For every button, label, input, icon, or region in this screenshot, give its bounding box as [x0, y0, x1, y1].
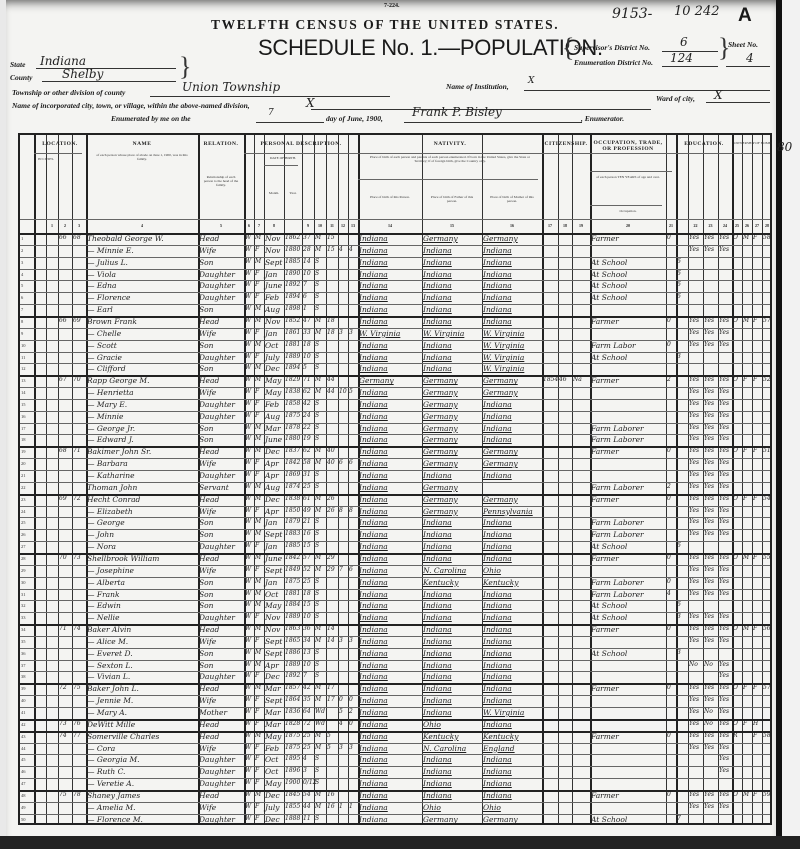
cell-relation: Daughter — [199, 779, 235, 788]
column-number: 4 — [86, 223, 198, 228]
cell-relation: Head — [199, 447, 219, 456]
cell-month: Aug — [265, 305, 280, 314]
cell-sex: M — [255, 376, 261, 383]
document-title: TWELFTH CENSUS OF THE UNITED STATES. — [211, 17, 559, 33]
cell-read: Yes — [689, 566, 699, 573]
cell-year: 1894 — [285, 364, 300, 371]
cell-month: Feb — [265, 293, 279, 302]
row-divider — [20, 671, 770, 672]
cell-marital: S — [315, 815, 319, 822]
cell-color: W — [245, 684, 251, 691]
cell-occupation: Farmer — [591, 447, 619, 456]
cell-year: 1852 — [285, 317, 300, 324]
cell-father: Indiana — [423, 649, 452, 658]
line-number: 35 — [21, 639, 26, 644]
cell-name: — Jennie M. — [87, 696, 133, 705]
cell-year: 1828 — [285, 720, 300, 727]
cell-relation: Head — [199, 317, 219, 326]
cell-name: — Vivian L. — [87, 672, 130, 681]
line-number: 40 — [21, 698, 26, 703]
cell-mother: Indiana — [483, 590, 512, 599]
line-number: 33 — [21, 615, 26, 620]
column-number: 21 — [666, 223, 676, 228]
cell-birth: Indiana — [359, 791, 388, 800]
line-number: 23 — [21, 497, 26, 502]
cell-father: Indiana — [423, 518, 452, 527]
cell-sex: M — [255, 305, 261, 312]
cell-age: 28 — [303, 246, 311, 253]
line-number: 41 — [21, 710, 26, 715]
cell-color: W — [245, 791, 251, 798]
cell-month: Dec — [265, 364, 280, 373]
cell-year: 1850 — [285, 507, 300, 514]
cell-own: O — [733, 720, 738, 727]
cell-years-married: 5 — [327, 732, 331, 739]
cell-relation: Son — [199, 341, 213, 350]
cell-school-months: 6 — [677, 542, 681, 549]
cell-children-born: 4 — [339, 720, 343, 727]
cell-dwelling: 73 — [59, 720, 67, 727]
cell-birth: Indiana — [359, 554, 388, 563]
cell-marital: M — [315, 625, 321, 632]
cell-name: Baker Alvin — [87, 625, 131, 634]
cell-sex: F — [255, 471, 259, 478]
cell-color: W — [245, 329, 251, 336]
cell-english: Yes — [719, 755, 729, 762]
cell-months-unemployed: 0 — [667, 791, 671, 798]
cell-years-married: 18 — [327, 329, 335, 336]
cell-age: 21 — [303, 518, 311, 525]
cell-english: Yes — [719, 388, 729, 395]
cell-years-married: 14 — [327, 625, 335, 632]
cell-color: W — [245, 364, 251, 371]
cell-age: 10 — [303, 353, 311, 360]
cell-write: Yes — [704, 388, 714, 395]
cell-relation: Daughter — [199, 672, 235, 681]
cell-sex: F — [255, 637, 259, 644]
cell-birth: Indiana — [359, 317, 388, 326]
cell-read: Yes — [689, 708, 699, 715]
cell-own: O — [733, 495, 738, 502]
line-number: 10 — [21, 343, 26, 348]
column-number: 15 — [422, 223, 482, 228]
cell-birth: Indiana — [359, 424, 388, 433]
cell-year: 1829 — [285, 376, 300, 383]
cell-birth: Indiana — [359, 625, 388, 634]
row-divider — [20, 292, 770, 293]
cell-occupation: At School — [591, 649, 627, 658]
cell-year: 1858 — [285, 400, 300, 407]
cell-age: 7 — [303, 281, 307, 288]
cell-birth: Indiana — [359, 590, 388, 599]
row-divider — [20, 624, 770, 626]
cell-own: O — [733, 317, 738, 324]
cell-birth: Indiana — [359, 388, 388, 397]
header-relation: RELATION. — [198, 141, 244, 147]
supervisor-label: Supervisor's District No. — [574, 43, 650, 52]
line-number: 47 — [21, 781, 26, 786]
cell-birth: Indiana — [359, 744, 388, 753]
cell-occupation: Farmer — [591, 791, 619, 800]
cell-write: Yes — [704, 590, 714, 597]
cell-name: — Everet D. — [87, 649, 133, 658]
cell-marital: S — [315, 281, 319, 288]
cell-school-months: 6 — [677, 601, 681, 608]
cell-relation: Head — [199, 684, 219, 693]
row-divider — [20, 352, 770, 353]
cell-father: Indiana — [423, 293, 452, 302]
cell-birth: Indiana — [359, 447, 388, 456]
cell-family: 77 — [73, 732, 81, 739]
brace: { — [562, 33, 574, 63]
cell-name: — Henrietta — [87, 388, 134, 397]
scan-bottom-edge — [0, 836, 800, 849]
cell-mother: Indiana — [483, 435, 512, 444]
cell-father: Germany — [423, 495, 458, 504]
cell-own: O — [733, 376, 738, 383]
cell-mother: Indiana — [483, 696, 512, 705]
row-divider — [20, 269, 770, 270]
cell-age: 24 — [303, 412, 311, 419]
row-divider — [20, 612, 770, 613]
cell-read: Yes — [689, 412, 699, 419]
enumerated-day: 7 — [268, 108, 274, 118]
cell-sex: F — [255, 672, 259, 679]
cell-mother: Indiana — [483, 637, 512, 646]
cell-color: W — [245, 542, 251, 549]
cell-read: Yes — [689, 424, 699, 431]
header-divider — [20, 219, 770, 220]
cell-marital: M — [315, 554, 321, 561]
cell-occupation: At School — [591, 281, 627, 290]
cell-relation: Son — [199, 424, 213, 433]
cell-color: W — [245, 566, 251, 573]
cell-year: 1865 — [285, 637, 300, 644]
cell-name: — Viola — [87, 270, 116, 279]
scan-edge — [776, 0, 800, 849]
cell-month: Sept — [265, 530, 282, 539]
cell-mother: W. Virginia — [483, 364, 524, 373]
cell-father: Ohio — [423, 720, 441, 729]
cell-marital: M — [315, 495, 321, 502]
header-divider — [264, 165, 298, 166]
cell-sex: F — [255, 803, 259, 810]
cell-years-married: 5 — [327, 744, 331, 751]
cell-english: Yes — [719, 684, 729, 691]
cell-marital: S — [315, 672, 319, 679]
cell-birth: Indiana — [359, 435, 388, 444]
cell-father: Indiana — [423, 708, 452, 717]
cell-marital: Wd — [315, 720, 325, 727]
header-occupation-sub: of each person TEN YEARS of age and over… — [594, 175, 662, 179]
cell-relation: Daughter — [199, 755, 235, 764]
cell-marital: S — [315, 435, 319, 442]
cell-marital: M — [315, 637, 321, 644]
cell-write: Yes — [704, 435, 714, 442]
line-number: 19 — [21, 449, 26, 454]
cell-mother: Germany — [483, 234, 518, 243]
cell-english: Yes — [719, 447, 729, 454]
cell-sex: M — [255, 317, 261, 324]
cell-family: 78 — [73, 791, 81, 798]
cell-school-months: 6 — [677, 293, 681, 300]
cell-name: Hecht Conrad — [87, 495, 140, 504]
cell-family: 72 — [73, 495, 81, 502]
cell-year: 1892 — [285, 672, 300, 679]
cell-sex: F — [255, 281, 259, 288]
cell-color: W — [245, 732, 251, 739]
cell-father: Indiana — [423, 353, 452, 362]
cell-age: 4 — [303, 755, 307, 762]
column-number: 28 — [762, 223, 772, 228]
cell-name: — Minnie — [87, 412, 123, 421]
cell-english: Yes — [719, 554, 729, 561]
cell-dwelling: 72 — [59, 684, 67, 691]
cell-read: Yes — [689, 625, 699, 632]
line-number: 1 — [21, 236, 23, 241]
column-number: 27 — [752, 223, 762, 228]
cell-year: 1864 — [285, 696, 300, 703]
column-number: 2 — [58, 223, 72, 228]
cell-years-married: 29 — [327, 554, 335, 561]
cell-birth: Germany — [359, 376, 394, 385]
cell-month: Oct — [265, 590, 278, 599]
cell-marital: M — [315, 744, 321, 751]
row-divider — [20, 363, 770, 364]
cell-english: Yes — [719, 507, 729, 514]
cell-schedule: 55 — [763, 554, 771, 561]
cell-mother: Indiana — [483, 720, 512, 729]
cell-month: June — [265, 554, 282, 563]
cell-name: — Scott — [87, 341, 117, 350]
cell-birth: Indiana — [359, 566, 388, 575]
cell-year: 1842 — [285, 554, 300, 561]
cell-birth: Indiana — [359, 708, 388, 717]
cell-year: 1898 — [285, 305, 300, 312]
cell-children-born: 0 — [339, 696, 343, 703]
cell-english: Yes — [719, 767, 729, 774]
cell-year: 1861 — [285, 329, 300, 336]
cell-mother: Indiana — [483, 767, 512, 776]
cell-age: 61 — [303, 495, 311, 502]
cell-year: 1890 — [285, 270, 300, 277]
cell-color: W — [245, 447, 251, 454]
row-divider — [20, 257, 770, 258]
cell-occupation: Farmer — [591, 376, 619, 385]
cell-year: 1838 — [285, 495, 300, 502]
cell-marital: S — [315, 590, 319, 597]
cell-father: Germany — [423, 412, 458, 421]
cell-occupation: Farmer — [591, 495, 619, 504]
cell-occupation: Farmer — [591, 732, 619, 741]
cell-name: — Mary E. — [87, 400, 127, 409]
header-nativity: NATIVITY. — [358, 141, 542, 147]
line-number: 18 — [21, 437, 26, 442]
cell-relation: Daughter — [199, 400, 235, 409]
cell-father: W. Virginia — [423, 329, 464, 338]
cell-year: 1875 — [285, 732, 300, 739]
cell-father: Indiana — [423, 625, 452, 634]
cell-name: — Elizabeth — [87, 507, 133, 516]
cell-sex: M — [255, 661, 261, 668]
cell-age: 25 — [303, 744, 311, 751]
cell-month: Jan — [265, 518, 277, 527]
cell-birth: Indiana — [359, 755, 388, 764]
cell-relation: Daughter — [199, 613, 235, 622]
line-number: 21 — [21, 473, 26, 478]
cell-marital: M — [315, 803, 321, 810]
cell-month: Nov — [265, 613, 280, 622]
cell-color: W — [245, 495, 251, 502]
cell-marital: M — [315, 246, 321, 253]
cell-schedule: 59 — [763, 791, 771, 798]
cell-children-living: 2 — [349, 708, 353, 715]
line-number: 43 — [21, 734, 26, 739]
cell-color: W — [245, 471, 251, 478]
cell-birth: Indiana — [359, 518, 388, 527]
cell-children-living: 6 — [349, 459, 353, 466]
cell-father: Kentucky — [423, 578, 459, 587]
institution-label: Name of Institution, — [446, 82, 509, 91]
line-number: 31 — [21, 592, 26, 597]
cell-year: 1889 — [285, 661, 300, 668]
cell-birth: Indiana — [359, 364, 388, 373]
cell-read: Yes — [689, 803, 699, 810]
cell-relation: Head — [199, 791, 219, 800]
cell-children-born: 10 — [339, 388, 347, 395]
cell-marital: S — [315, 305, 319, 312]
cell-family: 71 — [73, 447, 81, 454]
cell-relation: Son — [199, 530, 213, 539]
cell-sex: M — [255, 364, 261, 371]
cell-marital: M — [315, 376, 321, 383]
cell-birth: Indiana — [359, 649, 388, 658]
cell-month: May — [265, 732, 281, 741]
cell-months-unemployed: 0 — [667, 684, 671, 691]
cell-dwelling: 66 — [59, 317, 67, 324]
cell-marital: M — [315, 317, 321, 324]
cell-immigration: 1854 — [543, 376, 558, 383]
line-number: 36 — [21, 651, 26, 656]
cell-sex: M — [255, 518, 261, 525]
cell-marital: M — [315, 234, 321, 241]
cell-farm: F — [753, 625, 757, 632]
cell-schedule: 58 — [763, 732, 771, 739]
line-number: 22 — [21, 485, 26, 490]
cell-write: Yes — [704, 495, 714, 502]
cell-write: Yes — [704, 530, 714, 537]
cell-read: No — [689, 661, 698, 668]
cell-age: 37 — [303, 234, 311, 241]
cell-birth: Indiana — [359, 305, 388, 314]
cell-name: Rapp George M. — [87, 376, 150, 385]
cell-month: June — [265, 281, 282, 290]
cell-age: 7 — [303, 672, 307, 679]
row-divider — [20, 280, 770, 281]
cell-name: — Earl — [87, 305, 113, 314]
header-ownership: OWNERSHIP OF HOME. — [732, 141, 774, 145]
cell-family: 70 — [73, 376, 81, 383]
cell-write: Yes — [704, 234, 714, 241]
cell-years-married: 44 — [327, 376, 335, 383]
cell-month: Jan — [265, 578, 277, 587]
cell-age: 25 — [303, 732, 311, 739]
line-number: 27 — [21, 544, 26, 549]
cell-color: W — [245, 720, 251, 727]
column-number: 16 — [482, 223, 542, 228]
cell-relation: Son — [199, 590, 213, 599]
cell-marital: S — [315, 767, 319, 774]
cell-sex: F — [255, 270, 259, 277]
cell-marital: M — [315, 459, 321, 466]
line-number: 38 — [21, 674, 26, 679]
cell-occupation: At School — [591, 613, 627, 622]
township-value: Union Township — [182, 80, 280, 94]
cell-relation: Son — [199, 578, 213, 587]
cell-age: 18 — [303, 590, 311, 597]
row-divider — [20, 541, 770, 542]
cell-read: Yes — [689, 234, 699, 241]
cell-sex: F — [255, 755, 259, 762]
cell-color: W — [245, 637, 251, 644]
cell-father: Germany — [423, 815, 458, 824]
cell-month: July — [265, 803, 279, 812]
cell-read: Yes — [689, 471, 699, 478]
cell-school-months: 6 — [677, 258, 681, 265]
cell-name: — Julius L. — [87, 258, 128, 267]
cell-relation: Mother — [199, 708, 227, 717]
cell-name: — Frank — [87, 590, 120, 599]
cell-write: Yes — [704, 566, 714, 573]
cell-sex: M — [255, 530, 261, 537]
cell-mother: Indiana — [483, 542, 512, 551]
cell-color: W — [245, 246, 251, 253]
cell-color: W — [245, 625, 251, 632]
cell-birth: Indiana — [359, 246, 388, 255]
cell-color: W — [245, 649, 251, 656]
cell-read: Yes — [689, 684, 699, 691]
cell-birth: Indiana — [359, 637, 388, 646]
cell-marital: S — [315, 779, 319, 786]
cell-sex: F — [255, 507, 259, 514]
cell-marital: S — [315, 483, 319, 490]
cell-english: Yes — [719, 672, 729, 679]
cell-schedule: 52 — [763, 376, 771, 383]
cell-marital: S — [315, 755, 319, 762]
cell-mother: Indiana — [483, 613, 512, 622]
cell-read: Yes — [689, 530, 699, 537]
institution-line — [524, 82, 770, 91]
row-divider — [20, 707, 770, 708]
line-number: 17 — [21, 426, 26, 431]
cell-father: Indiana — [423, 364, 452, 373]
cell-father: Indiana — [423, 281, 452, 290]
cell-relation: Wife — [199, 388, 216, 397]
cell-marital: S — [315, 601, 319, 608]
cell-occupation: At School — [591, 815, 627, 824]
cell-birth: Indiana — [359, 601, 388, 610]
cell-farm: F — [753, 447, 757, 454]
cell-sex: M — [255, 791, 261, 798]
cell-name: — Amelia M. — [87, 803, 136, 812]
cell-english: Yes — [719, 329, 729, 336]
cell-name: — Alberta — [87, 578, 125, 587]
cell-years-married: 29 — [327, 566, 335, 573]
cell-name: — Georgia M. — [87, 755, 140, 764]
cell-father: Germany — [423, 459, 458, 468]
header-divider — [244, 153, 770, 154]
enumerated-day-line — [256, 114, 324, 123]
